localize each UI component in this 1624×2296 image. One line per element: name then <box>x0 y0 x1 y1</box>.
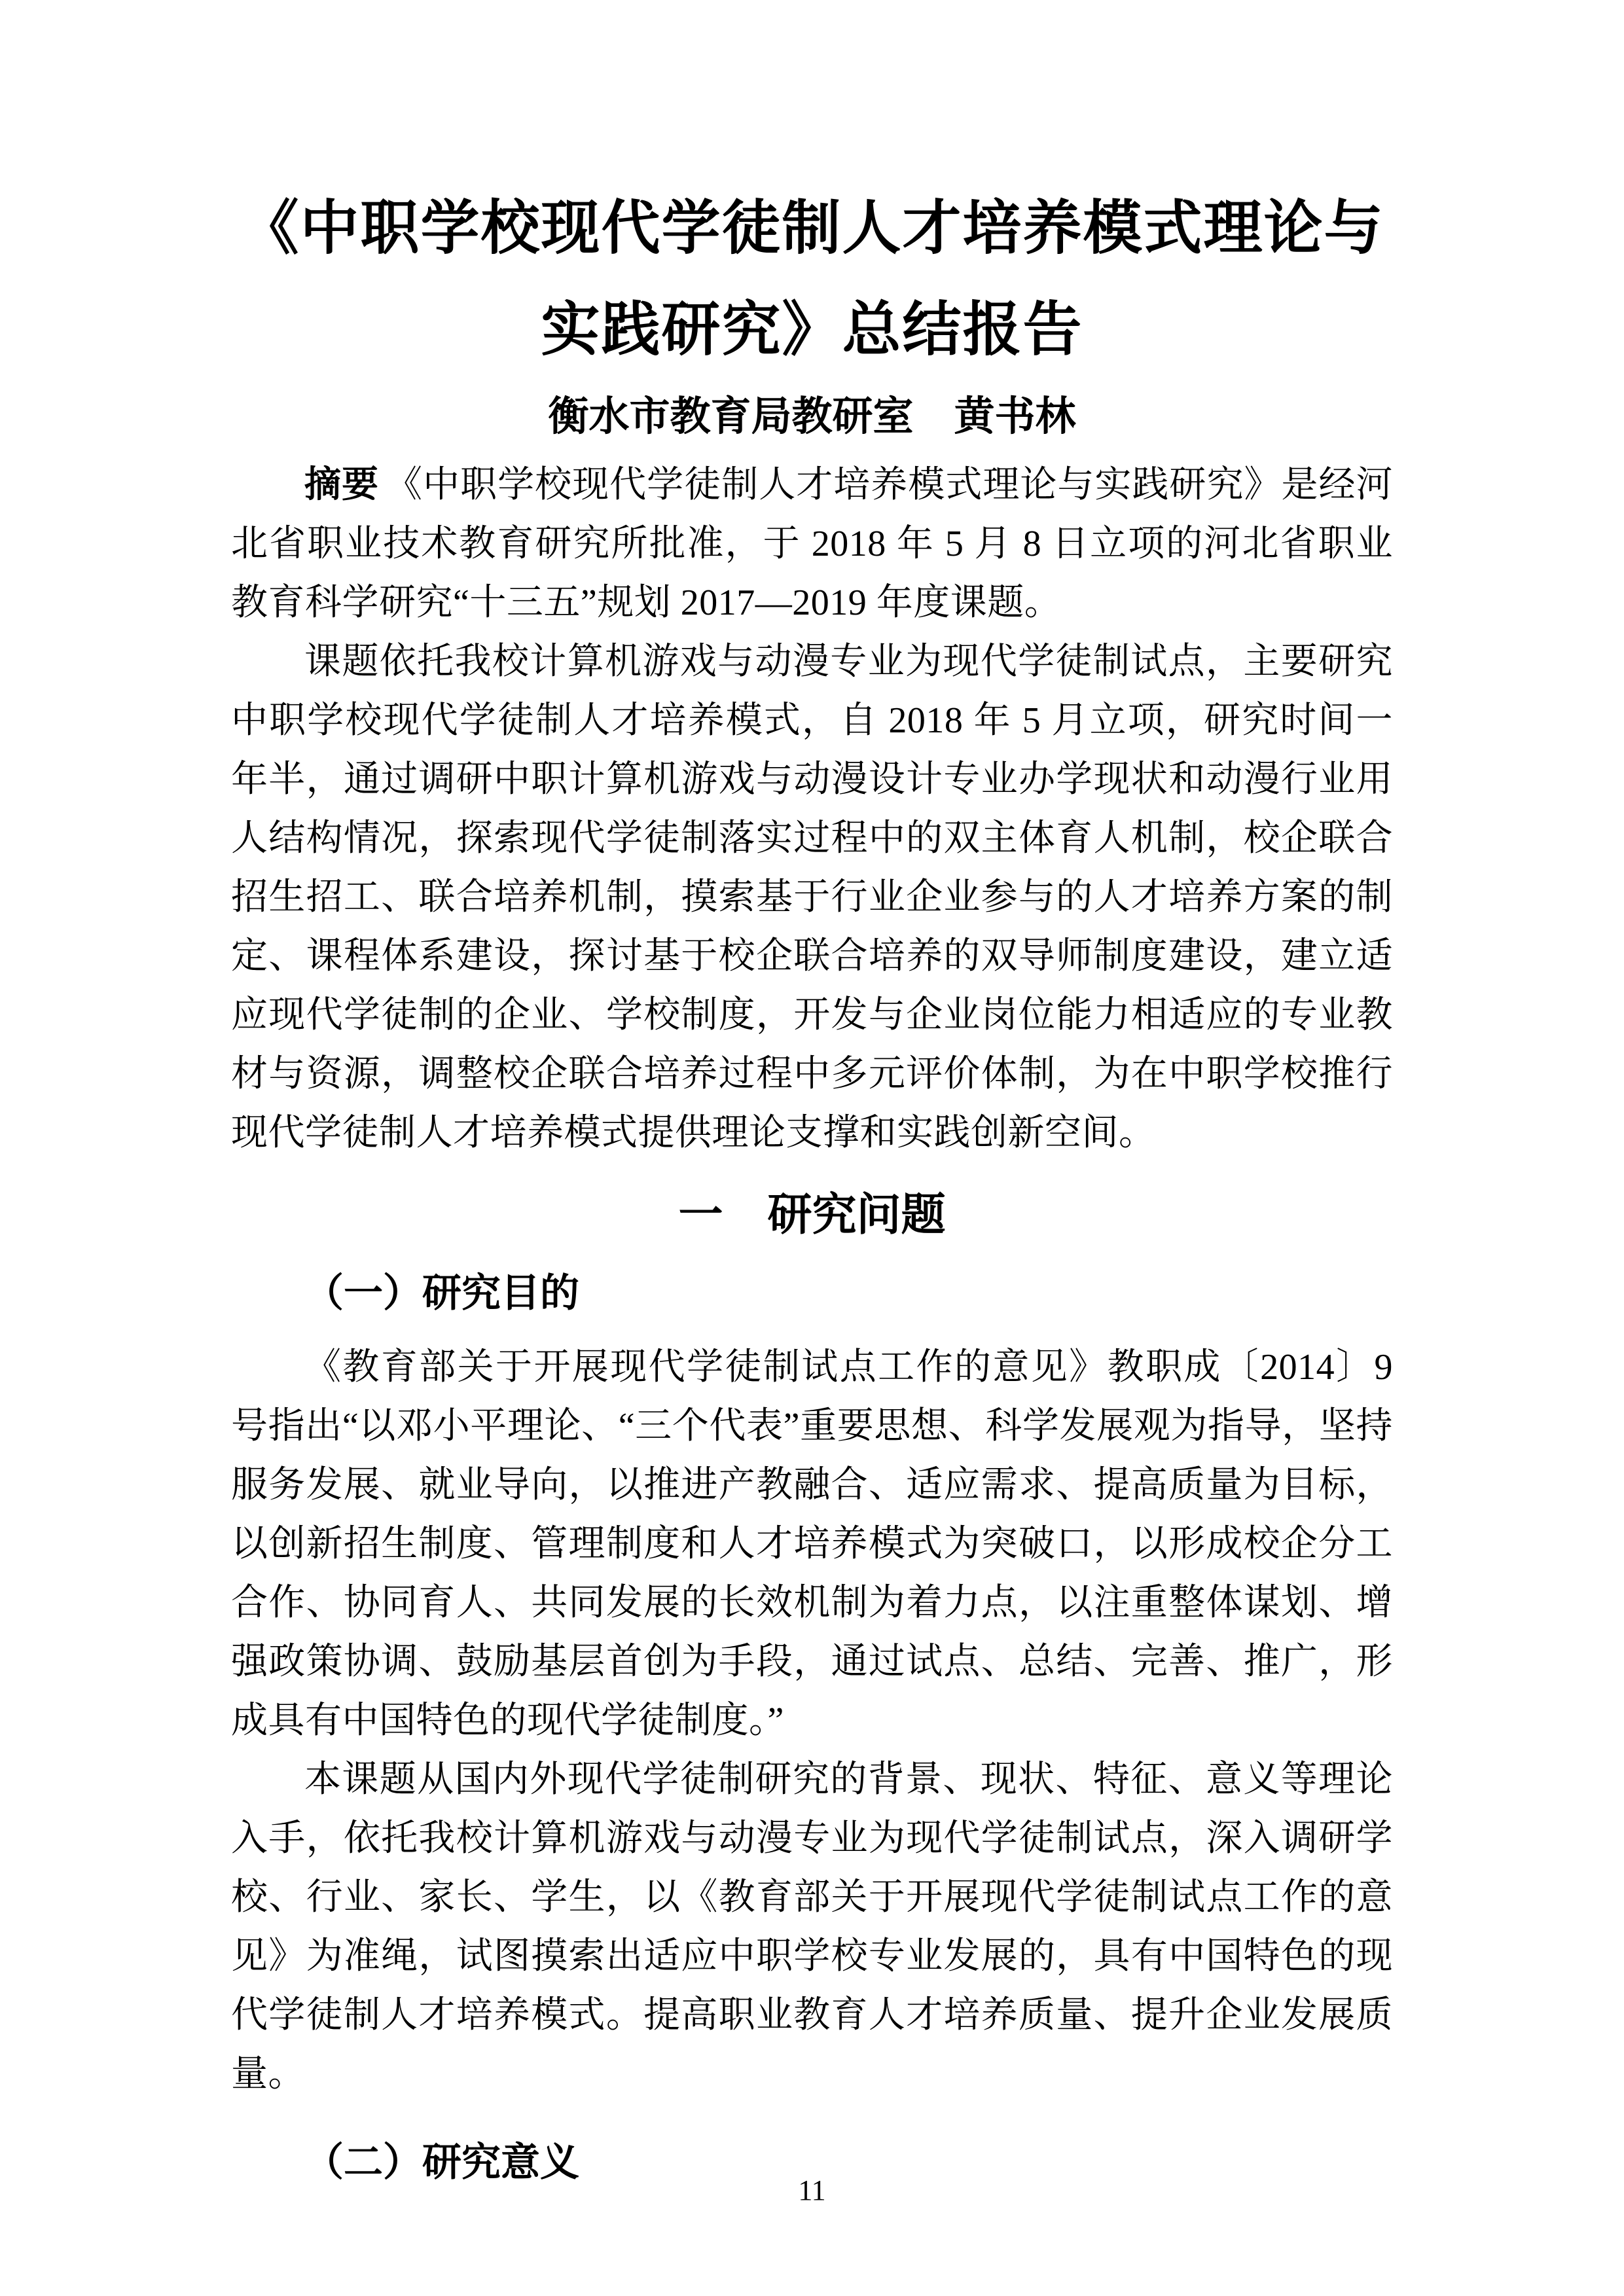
section-heading-research-questions: 一 研究问题 <box>231 1183 1393 1246</box>
document-page: 《中职学校现代学徒制人才培养模式理论与 实践研究》总结报告 衡水市教育局教研室 … <box>231 0 1393 2296</box>
abstract-paragraph: 摘要《中职学校现代学徒制人才培养模式理论与实践研究》是经河北省职业技术教育研究所… <box>231 456 1393 632</box>
purpose-quote-paragraph: 《教育部关于开展现代学徒制试点工作的意见》教职成〔2014〕9 号指出“以邓小平… <box>231 1338 1393 1750</box>
abstract-label: 摘要 <box>304 465 386 505</box>
subheading-research-purpose: （一）研究目的 <box>231 1263 1393 1323</box>
page-number: 11 <box>0 2174 1624 2207</box>
document-scan: { "document": { "title": { "line1": "《中职… <box>0 0 1624 2296</box>
abstract-text: 《中职学校现代学徒制人才培养模式理论与实践研究》是经河北省职业技术教育研究所批准… <box>231 465 1393 623</box>
purpose-detail-paragraph: 本课题从国内外现代学徒制研究的背景、现状、特征、意义等理论入手，依托我校计算机游… <box>231 1750 1393 2104</box>
document-title-line-2: 实践研究》总结报告 <box>231 279 1393 381</box>
document-title-line-1: 《中职学校现代学徒制人才培养模式理论与 <box>231 178 1393 279</box>
overview-paragraph: 课题依托我校计算机游戏与动漫专业为现代学徒制试点，主要研究中职学校现代学徒制人才… <box>231 632 1393 1162</box>
author-line: 衡水市教育局教研室 黄书林 <box>231 390 1393 444</box>
document-title: 《中职学校现代学徒制人才培养模式理论与 实践研究》总结报告 <box>231 178 1393 381</box>
